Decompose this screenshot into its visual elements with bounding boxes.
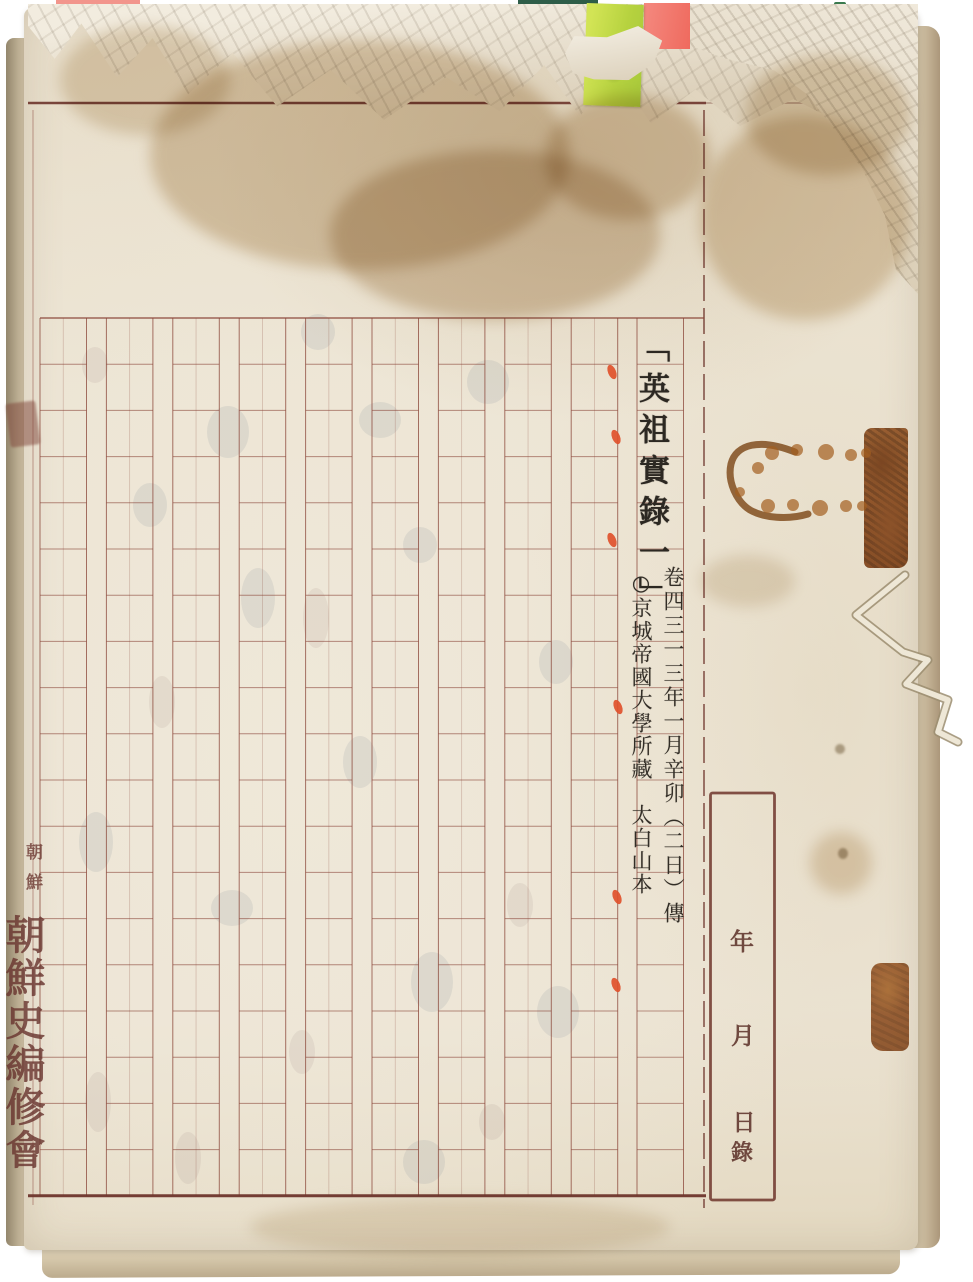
date-box-record: 錄: [724, 1136, 760, 1167]
spine-label-large-wrap: 朝鮮史編修會: [2, 914, 47, 1204]
annotation-source: ○京城帝國大學所藏 太白山本: [626, 571, 656, 896]
date-box-year: 年: [724, 922, 760, 957]
date-box-month: 月: [725, 1016, 761, 1051]
spine-label-large: 朝鮮史編修會: [2, 914, 47, 1172]
date-box-day: 日: [726, 1104, 762, 1137]
photo-of-archival-manuscript-cover: 「英祖實錄一」 卷四三一三年一月辛卯（二日）傳 ○京城帝國大學所藏 太白山本 朝…: [0, 0, 973, 1282]
spine-label-small: 朝鮮: [20, 843, 45, 903]
manuscript-cover-sheet: [24, 8, 918, 1250]
rust-stain-right-edge: [864, 428, 908, 568]
annotation-citation: 卷四三一三年一月辛卯（二日）傳: [658, 566, 688, 926]
rust-stain-lower-right: [871, 963, 909, 1051]
left-edge-ink-blotch: [5, 400, 40, 447]
